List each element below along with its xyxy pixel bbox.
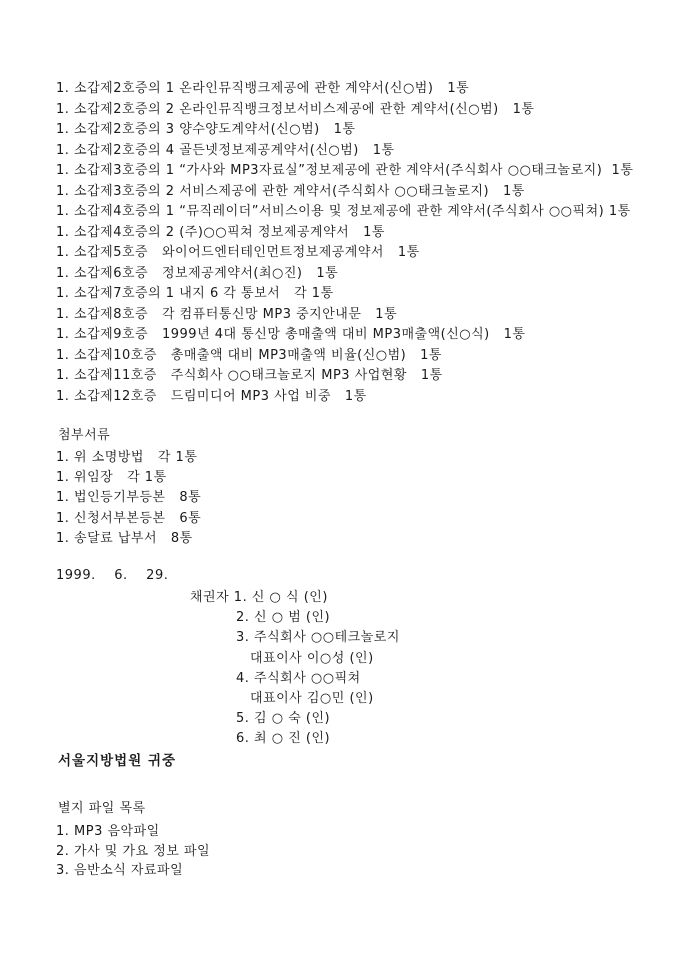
evidence-exhibit-line: 1. 소갑제9호증 1999년 4대 통신망 총매출액 대비 MP3매출액(신○…: [56, 325, 633, 346]
evidence-exhibit-line: 1. 소갑제4호증의 1 “뮤직레이더”서비스이용 및 정보제공에 관한 계약서…: [56, 202, 633, 223]
creditor-signature-line: 대표이사 김○민 (인): [190, 689, 400, 709]
appendix-file-line: 1. MP3 음악파일: [56, 822, 210, 842]
evidence-exhibit-line: 1. 소갑제6호증 정보제공계약서(최○진) 1통: [56, 264, 633, 285]
evidence-exhibit-line: 1. 소갑제3호증의 2 서비스제공에 관한 계약서(주식회사 ○○태크놀로지)…: [56, 182, 633, 203]
document-date: 1999. 6. 29.: [56, 568, 168, 583]
appendix-file-line: 2. 가사 및 가요 정보 파일: [56, 842, 210, 862]
attachment-line: 1. 송달료 납부서 8통: [56, 529, 201, 549]
evidence-exhibit-line: 1. 소갑제10호증 총매출액 대비 MP3매출액 비율(신○범) 1통: [56, 346, 633, 367]
evidence-exhibit-line: 1. 소갑제8호증 각 컴퓨터통신망 MP3 중지안내문 1통: [56, 305, 633, 326]
evidence-exhibit-line: 1. 소갑제7호증의 1 내지 6 각 통보서 각 1통: [56, 284, 633, 305]
creditor-signature-line: 대표이사 이○성 (인): [190, 649, 400, 669]
creditor-signature-line: 3. 주식회사 ○○테크놀로지: [190, 628, 400, 648]
evidence-exhibit-line: 1. 소갑제2호증의 2 온라인뮤직뱅크정보서비스제공에 관한 계약서(신○범)…: [56, 100, 633, 121]
evidence-exhibit-line: 1. 소갑제2호증의 1 온라인뮤직뱅크제공에 관한 계약서(신○범) 1통: [56, 79, 633, 100]
attachment-line: 1. 법인등기부등본 8통: [56, 488, 201, 508]
creditor-signature-line: 2. 신 ○ 범 (인): [190, 608, 400, 628]
scanned-court-document-page: 1. 소갑제2호증의 1 온라인뮤직뱅크제공에 관한 계약서(신○범) 1통1.…: [0, 0, 680, 962]
attachments-section-title: 첨부서류: [58, 424, 110, 443]
evidence-exhibit-list: 1. 소갑제2호증의 1 온라인뮤직뱅크제공에 관한 계약서(신○범) 1통1.…: [56, 79, 633, 407]
creditor-signature-line: 5. 김 ○ 숙 (인): [190, 709, 400, 729]
evidence-exhibit-line: 1. 소갑제2호증의 4 골든넷정보제공계약서(신○범) 1통: [56, 141, 633, 162]
appendix-file-list: 1. MP3 음악파일2. 가사 및 가요 정보 파일3. 음반소식 자료파일: [56, 822, 210, 881]
evidence-exhibit-line: 1. 소갑제2호증의 3 양수양도계약서(신○범) 1통: [56, 120, 633, 141]
attachment-line: 1. 위 소명방법 각 1통: [56, 448, 201, 468]
appendix-file-line: 3. 음반소식 자료파일: [56, 861, 210, 881]
creditor-signature-line: 4. 주식회사 ○○픽쳐: [190, 669, 400, 689]
evidence-exhibit-line: 1. 소갑제12호증 드림미디어 MP3 사업 비중 1통: [56, 387, 633, 408]
attachments-list: 1. 위 소명방법 각 1통1. 위임장 각 1통1. 법인등기부등본 8통1.…: [56, 448, 201, 549]
creditor-signature-line: 6. 최 ○ 진 (인): [190, 729, 400, 749]
evidence-exhibit-line: 1. 소갑제4호증의 2 (주)○○픽쳐 정보제공계약서 1통: [56, 223, 633, 244]
court-designation: 서울지방법원 귀중: [58, 749, 176, 769]
creditor-signature-block: 채권자 1. 신 ○ 식 (인)2. 신 ○ 범 (인)3. 주식회사 ○○테크…: [190, 588, 400, 750]
evidence-exhibit-line: 1. 소갑제5호증 와이어드엔터테인먼트정보제공계약서 1통: [56, 243, 633, 264]
attachment-line: 1. 위임장 각 1통: [56, 468, 201, 488]
evidence-exhibit-line: 1. 소갑제11호증 주식회사 ○○태크놀로지 MP3 사업현황 1통: [56, 366, 633, 387]
appendix-file-list-title: 별지 파일 목록: [58, 797, 146, 816]
attachment-line: 1. 신청서부본등본 6통: [56, 509, 201, 529]
creditor-signature-line: 채권자 1. 신 ○ 식 (인): [190, 588, 400, 608]
evidence-exhibit-line: 1. 소갑제3호증의 1 “가사와 MP3자료실”정보제공에 관한 계약서(주식…: [56, 161, 633, 182]
